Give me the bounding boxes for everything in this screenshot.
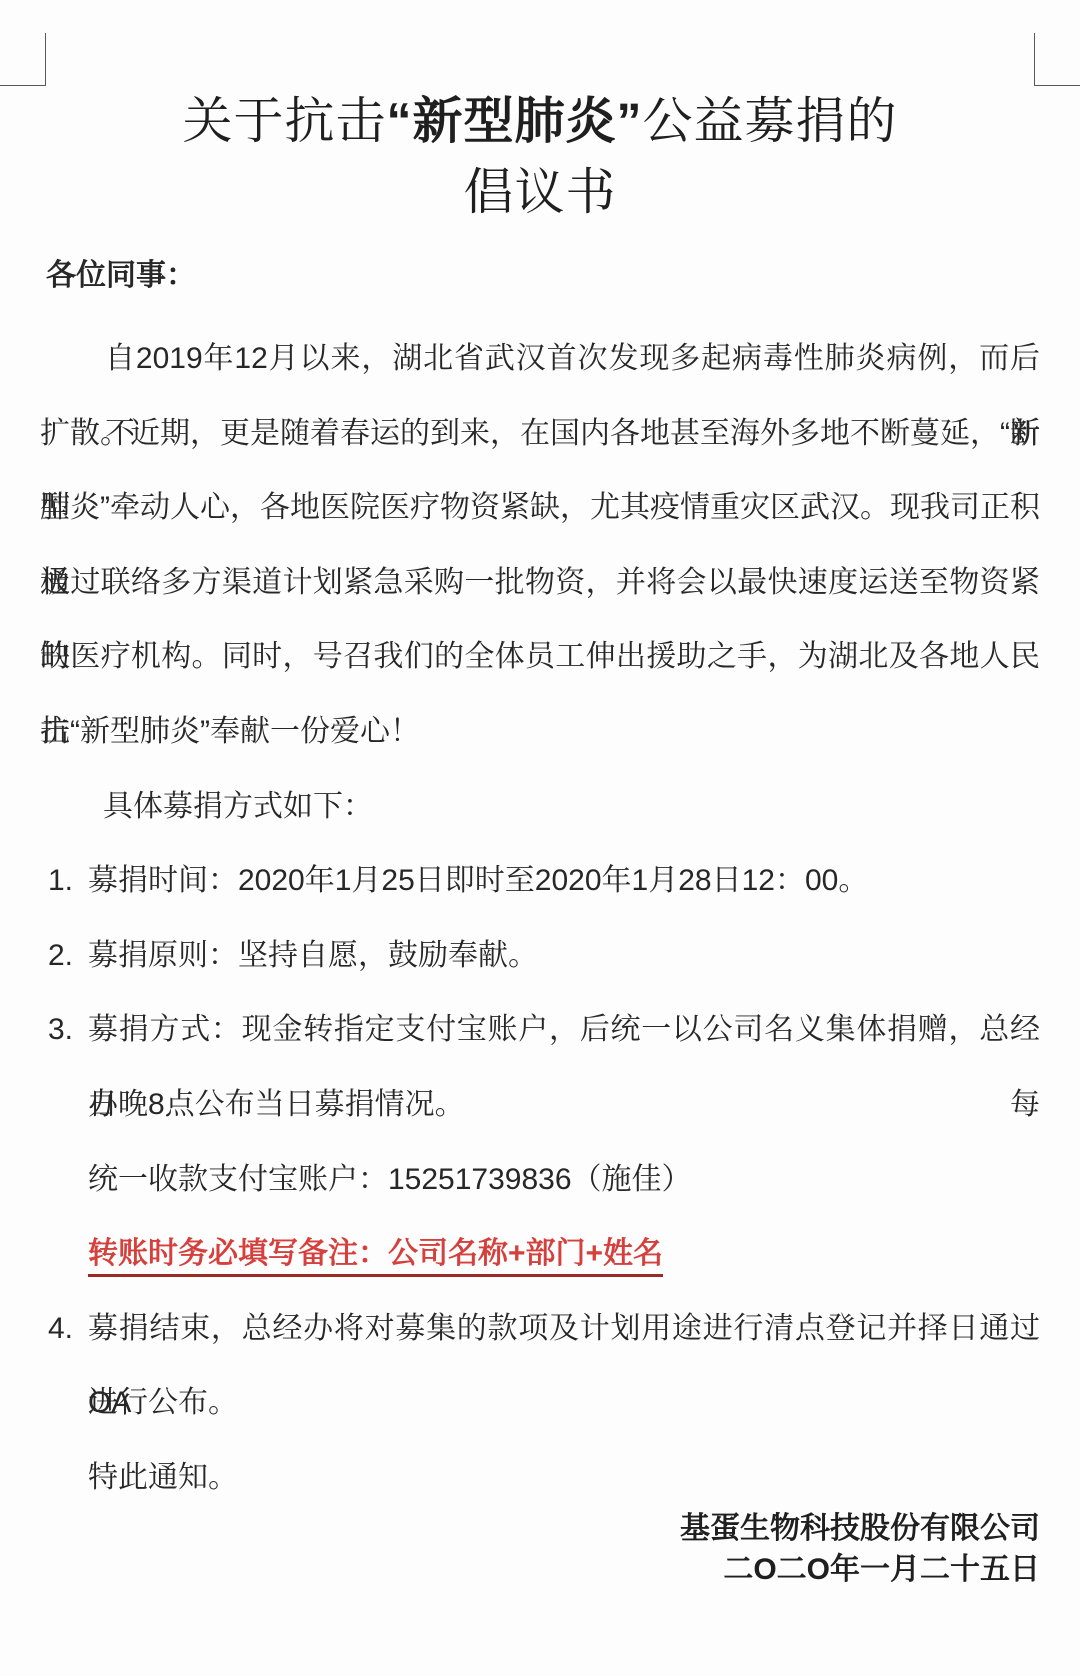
transfer-note-text: 转账时务必填写备注：公司名称+部门+姓名 [88, 1237, 663, 1277]
signature-block: 基蛋生物科技股份有限公司 二O二O年一月二十五日 [680, 1508, 1040, 1590]
list-item-1: 1.募捐时间：2020年1月25日即时至2020年1月28日12：00。 [40, 844, 1040, 919]
list-item-number: 2. [48, 919, 73, 994]
paragraph-line: 自2019年12月以来，湖北省武汉首次发现多起病毒性肺炎病例，而后不断 [40, 322, 1040, 397]
paragraph-line: 的医疗机构。同时，号召我们的全体员工伸出援助之手，为湖北及各地人民抗 [40, 620, 1040, 695]
signature-date: 二O二O年一月二十五日 [680, 1549, 1040, 1590]
list-intro: 具体募捐方式如下： [40, 770, 1040, 845]
list-item-2: 2.募捐原则：坚持自愿，鼓励奉献。 [40, 919, 1040, 994]
closing-line: 特此通知。 [40, 1441, 1040, 1516]
alipay-account-line: 统一收款支付宝账户：15251739836（施佳） [40, 1143, 1040, 1218]
list-item-text: 募捐方式：现金转指定支付宝账户，后统一以公司名义集体捐赠，总经办每 [88, 993, 1040, 1142]
margin-crop-mark-right [1034, 33, 1080, 86]
company-name: 基蛋生物科技股份有限公司 [680, 1508, 1040, 1549]
list-item-3: 3.募捐方式：现金转指定支付宝账户，后统一以公司名义集体捐赠，总经办每 [40, 993, 1040, 1068]
list-item-number: 1. [48, 844, 73, 919]
paragraph-line: 肺炎”牵动人心，各地医院医疗物资紧缺，尤其疫情重灾区武汉。现我司正积极 [40, 471, 1040, 546]
margin-crop-mark-left [0, 33, 46, 86]
list-item-text: 募捐原则：坚持自愿，鼓励奉献。 [88, 939, 538, 972]
list-item-number: 4. [48, 1292, 73, 1367]
title-suffix: 公益募捐的 [643, 93, 898, 149]
title-line-2: 倡议书 [0, 157, 1080, 228]
title-line-1: 关于抗击“新型肺炎”公益募捐的 [0, 86, 1080, 157]
transfer-note-line: 转账时务必填写备注：公司名称+部门+姓名 [40, 1217, 1040, 1292]
paragraph-line: 扩散。近期，更是随着春运的到来，在国内各地甚至海外多地不断蔓延，“新型 [40, 397, 1040, 472]
list-item-number: 3. [48, 993, 73, 1068]
title-prefix: 关于抗击 [183, 93, 387, 149]
document-body: 自2019年12月以来，湖北省武汉首次发现多起病毒性肺炎病例，而后不断 扩散。近… [40, 322, 1040, 1516]
list-item-4: 4.募捐结束，总经办将对募集的款项及计划用途进行清点登记并择日通过OA [40, 1292, 1040, 1367]
paragraph-line: 击“新型肺炎”奉献一份爱心！ [40, 695, 1040, 770]
salutation: 各位同事： [46, 258, 196, 294]
list-item-text: 募捐时间：2020年1月25日即时至2020年1月28日12：00。 [88, 864, 868, 897]
paragraph-line: 通过联络多方渠道计划紧急采购一批物资，并将会以最快速度运送至物资紧缺 [40, 546, 1040, 621]
document-title: 关于抗击“新型肺炎”公益募捐的 倡议书 [0, 86, 1080, 228]
title-bold-phrase: “新型肺炎” [387, 93, 643, 149]
document-page: { "page": { "background": "#fdfdfd", "in… [0, 0, 1080, 1676]
list-item-text: 募捐结束，总经办将对募集的款项及计划用途进行清点登记并择日通过OA [88, 1292, 1040, 1441]
